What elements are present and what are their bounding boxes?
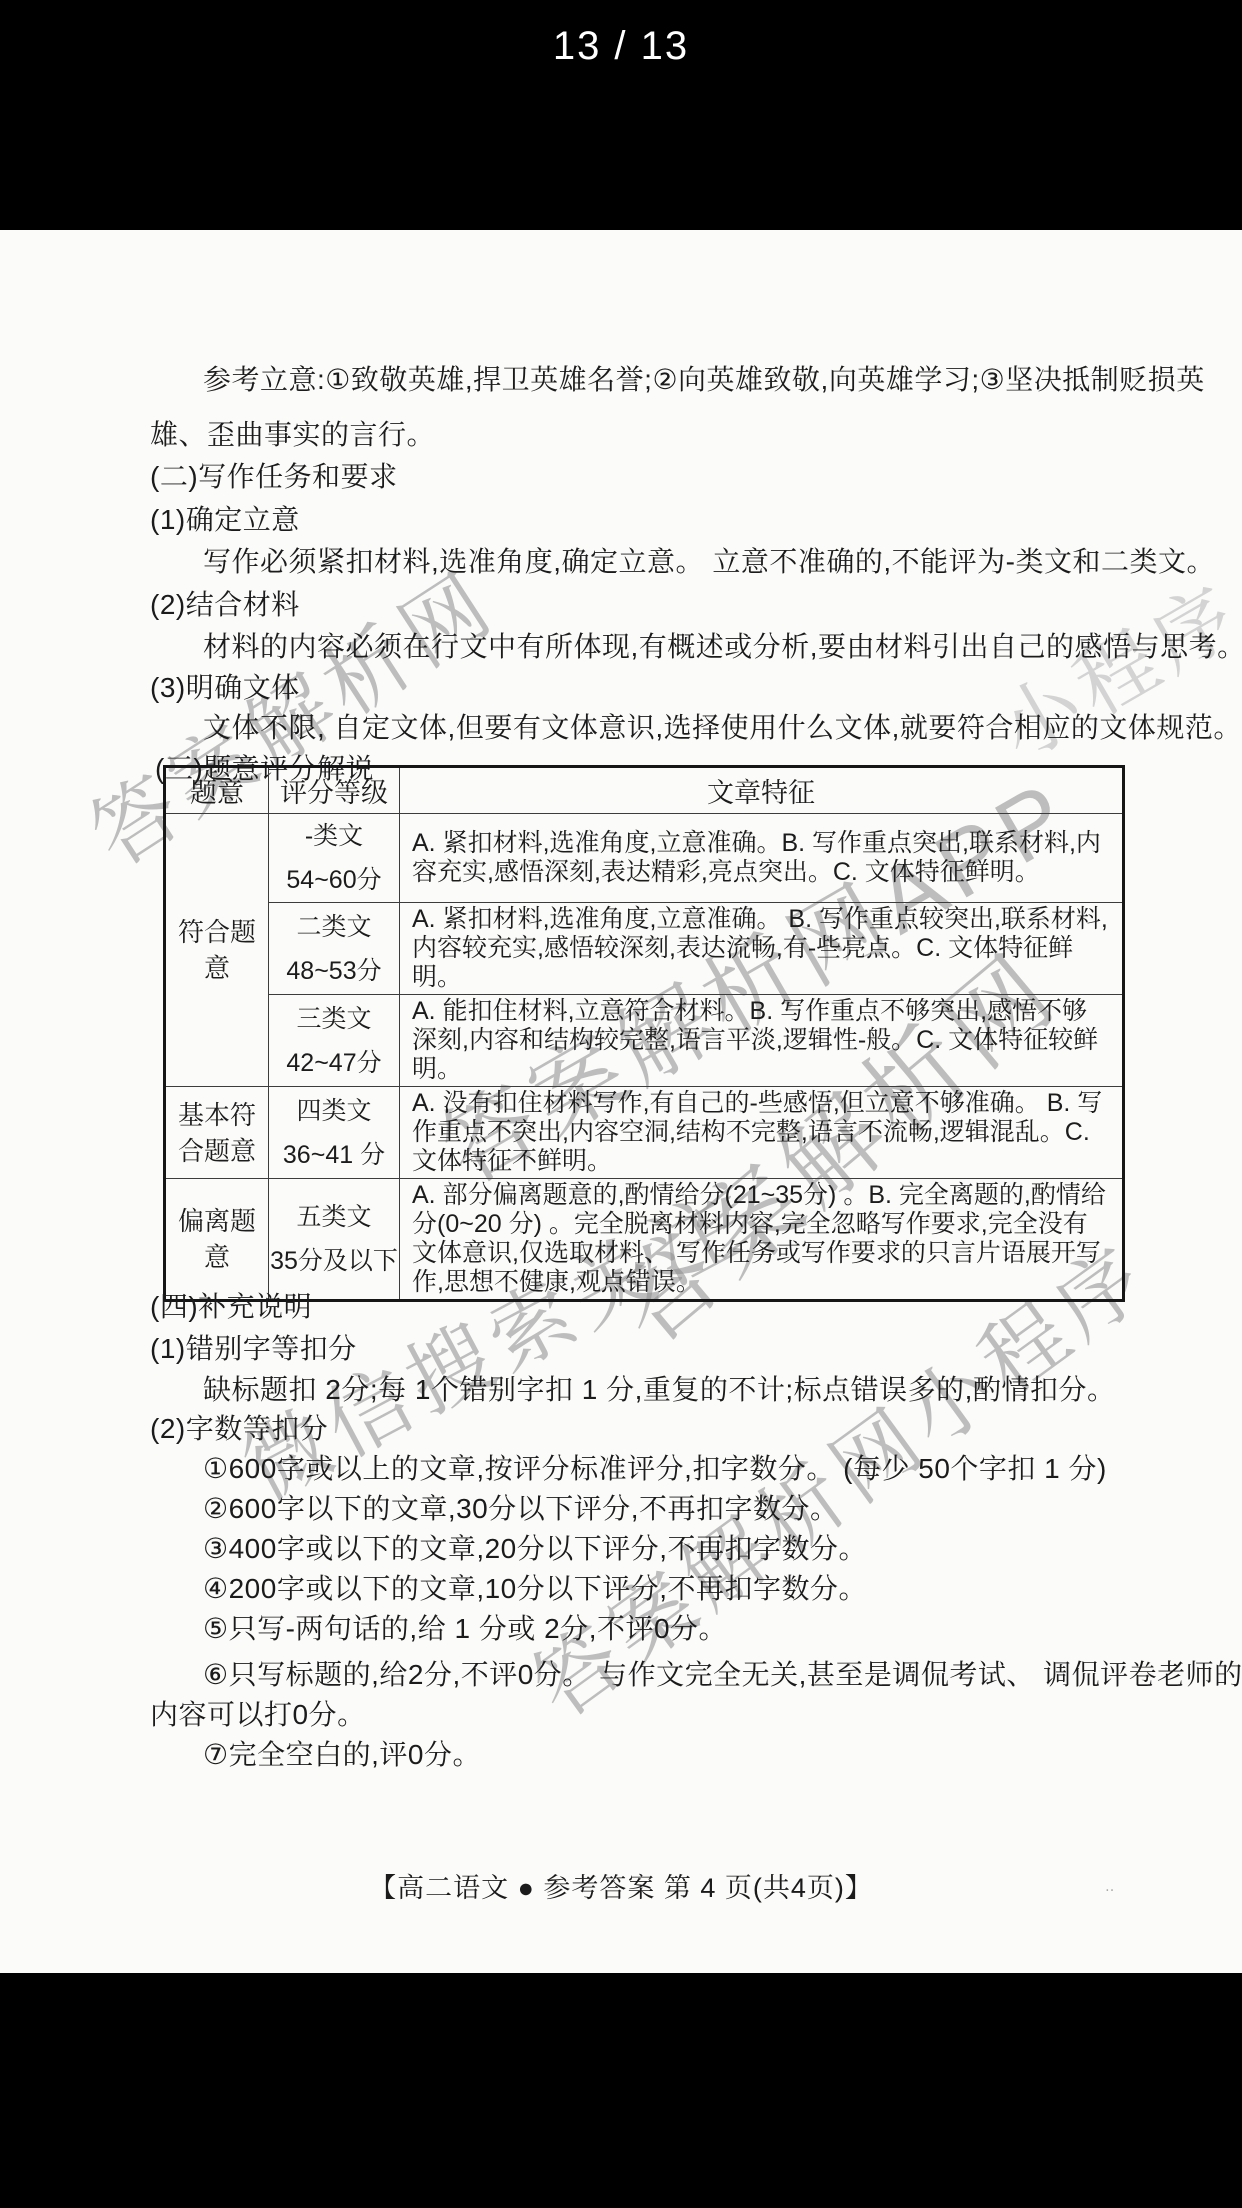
grade-cell-class4: 四类文 36~41 分 [269, 1087, 400, 1179]
paragraph-style-free: 文体不限, 自定文体,但要有文体意识,选择使用什么文体,就要符合相应的文体规范。 [203, 706, 1242, 746]
table-row: 符合题意 -类文 54~60分 A. 紧扣材料,选准角度,立意准确。B. 写作重… [165, 814, 1124, 903]
heading-section-2: (二)写作任务和要求 [150, 455, 398, 495]
scan-artifact: ‥ [1105, 1878, 1115, 1895]
heading-wordcount-deduction: (2)字数等扣分 [150, 1407, 328, 1447]
watermark-mini-program: 小程序 [974, 550, 1242, 782]
rule-item-4: ④200字或以下的文章,10分以下评分,不再扣字数分。 [203, 1567, 867, 1607]
rule-item-6: ⑥只写标题的,给2分,不评0分。 与作文完全无关,甚至是调侃考试、 调侃评卷老师… [203, 1653, 1242, 1693]
features-cell-class2: A. 紧扣材料,选准角度,立意准确。 B. 写作重点较突出,联系材料,内容较充实… [400, 903, 1124, 995]
rule-item-5: ⑤只写-两句话的,给 1 分或 2分,不评0分。 [203, 1607, 727, 1647]
paragraph-combine-material: 材料的内容必须在行文中有所体现,有概述或分析,要由材料引出自己的感悟与思考。 [203, 625, 1242, 665]
rule-item-2: ②600字以下的文章,30分以下评分,不再扣字数分。 [203, 1487, 839, 1527]
rule-item-6-cont: 内容可以打0分。 [150, 1693, 366, 1733]
grade-cell-class1: -类文 54~60分 [269, 814, 400, 903]
paragraph-reference-themes: 参考立意:①致敬英雄,捍卫英雄名誉;②向英雄致敬,向英雄学习;③坚决抵制贬损英 [203, 358, 1205, 398]
features-cell-class4: A. 没有扣住材料写作,有自己的-些感悟,但立意不够准确。 B. 写作重点不突出… [400, 1087, 1124, 1179]
pdf-viewer-screen: { "screen": { "page_indicator": "13 / 13… [0, 0, 1242, 2208]
heading-typo-deduction: (1)错别字等扣分 [150, 1327, 357, 1367]
grade-cell-class3: 三类文 42~47分 [269, 995, 400, 1087]
heading-section-4: (四)补充说明 [150, 1285, 312, 1325]
grading-table: 题意 评分等级 文章特征 符合题意 -类文 54~60分 A. 紧扣材料,选准角… [163, 765, 1125, 1302]
paragraph-typo-rule: 缺标题扣 2分;每 1个错别字扣 1 分,重复的不计;标点错误多的,酌情扣分。 [203, 1368, 1115, 1408]
grade-cell-class2: 二类文 48~53分 [269, 903, 400, 995]
rule-item-1: ①600字或以上的文章,按评分标准评分,扣字数分。 (每少 50个字扣 1 分) [203, 1447, 1107, 1487]
group-cell-basically-matches: 基本符 合题意 [165, 1087, 269, 1179]
heading-sub-3: (3)明确文体 [150, 666, 300, 706]
heading-sub-2: (2)结合材料 [150, 583, 300, 623]
page-footer: 【高二语文 ● 参考答案 第 4 页(共4页)】 [0, 1866, 1242, 1905]
table-header-grade: 评分等级 [269, 767, 400, 814]
table-row: 偏离题意 五类文 35分及以下 A. 部分偏离题意的,酌情给分(21~35分) … [165, 1179, 1124, 1301]
table-row: 基本符 合题意 四类文 36~41 分 A. 没有扣住材料写作,有自己的-些感悟… [165, 1087, 1124, 1179]
table-row: 三类文 42~47分 A. 能扣住材料,立意符合材料。B. 写作重点不够突出,感… [165, 995, 1124, 1087]
document-page: 答案解析网 小程序 答案解析网APP 答案解析网 微信搜索关注 答案解析网小程序… [0, 230, 1242, 1973]
paragraph-determine-theme: 写作必须紧扣材料,选准角度,确定立意。 立意不准确的,不能评为-类文和二类文。 [203, 540, 1215, 580]
features-cell-class3: A. 能扣住材料,立意符合材料。B. 写作重点不够突出,感悟不够深刻,内容和结构… [400, 995, 1124, 1087]
heading-sub-1: (1)确定立意 [150, 498, 300, 538]
features-cell-class5: A. 部分偏离题意的,酌情给分(21~35分) 。B. 完全离题的,酌情给分(0… [400, 1179, 1124, 1301]
table-row: 二类文 48~53分 A. 紧扣材料,选准角度,立意准确。 B. 写作重点较突出… [165, 903, 1124, 995]
table-header-features: 文章特征 [400, 767, 1124, 814]
grade-cell-class5: 五类文 35分及以下 [269, 1179, 400, 1301]
page-indicator: 13 / 13 [0, 24, 1242, 69]
rule-item-7: ⑦完全空白的,评0分。 [203, 1733, 481, 1773]
rule-item-3: ③400字或以下的文章,20分以下评分,不再扣字数分。 [203, 1527, 867, 1567]
features-cell-class1: A. 紧扣材料,选准角度,立意准确。B. 写作重点突出,联系材料,内容充实,感悟… [400, 814, 1124, 903]
group-cell-matches-topic: 符合题意 [165, 814, 269, 1087]
table-header-topic: 题意 [165, 767, 269, 814]
group-cell-off-topic: 偏离题意 [165, 1179, 269, 1301]
paragraph-reference-themes-cont: 雄、歪曲事实的言行。 [150, 413, 435, 453]
